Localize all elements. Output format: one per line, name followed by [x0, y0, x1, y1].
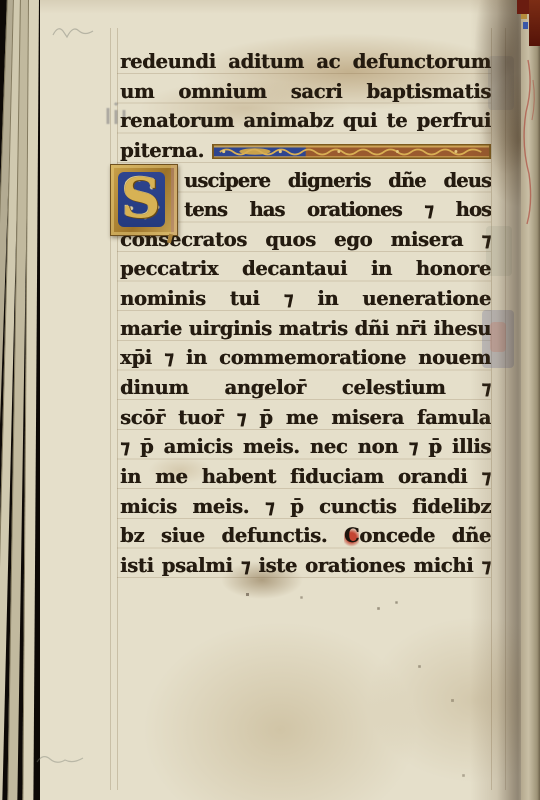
gutter-shadow-top — [455, 0, 530, 250]
text-line: piterna. — [120, 136, 491, 166]
text-line: redeundi aditum ac defunctorum fideli — [120, 47, 491, 77]
facing-page-red-marks — [521, 50, 540, 270]
text-line: xp̄i ⁊ in commemoratione nouem or — [120, 343, 491, 373]
facing-page-gold-fragment — [521, 14, 527, 19]
facing-page-illumination-fragment — [529, 0, 540, 46]
text-line: in me habent fiduciam orandi ⁊ pro ini — [120, 462, 491, 492]
margin-rule — [110, 28, 111, 790]
text-line: nominis tui ⁊ in ueneratione sāssime — [120, 284, 491, 314]
text-line: dinum angelor̄ celestium ⁊ omnium — [120, 373, 491, 403]
text-line: isti psalmi ⁊ iste orationes michi ⁊ om — [120, 551, 491, 581]
pencil-mark-top-left — [50, 20, 100, 42]
manuscript-photo: redeundi aditum ac defunctorum fideli um… — [0, 0, 540, 800]
text-line: bz siue defunctis. Concede dñe ihū xp̄e … — [120, 521, 491, 551]
ink-specks — [0, 0, 1, 1]
text-line: ⁊ p̄ amicis meis. nec non ⁊ p̄ illis qui — [120, 432, 491, 462]
rubric-initial: C — [344, 524, 359, 547]
text-line-fragment: bz siue defunctis. — [120, 524, 344, 547]
text-line: um omnium sacri baptismatis unda — [120, 77, 491, 107]
margin-rule — [117, 28, 118, 790]
illuminated-initial: S — [110, 164, 178, 236]
text-line: micis meis. ⁊ p̄ cunctis fidelibz uiuent… — [120, 492, 491, 522]
facing-page-blue-fragment — [523, 22, 528, 29]
text-line: renatorum animabz qui te perfrui sem — [120, 106, 491, 136]
pencil-mark-bottom-left — [34, 748, 90, 772]
text-line: scōr̄ tuor̄ ⁊ p̄ me misera famula tua — [120, 403, 491, 433]
text-line: peccatrix decantaui in honore sāssimi — [120, 254, 491, 284]
line-filler-bar — [212, 144, 491, 159]
initial-letter: S — [111, 162, 171, 234]
text-line: marie uirginis matris dñi nr̄i ihesu — [120, 314, 491, 344]
text-block: redeundi aditum ac defunctorum fideli um… — [120, 47, 491, 581]
